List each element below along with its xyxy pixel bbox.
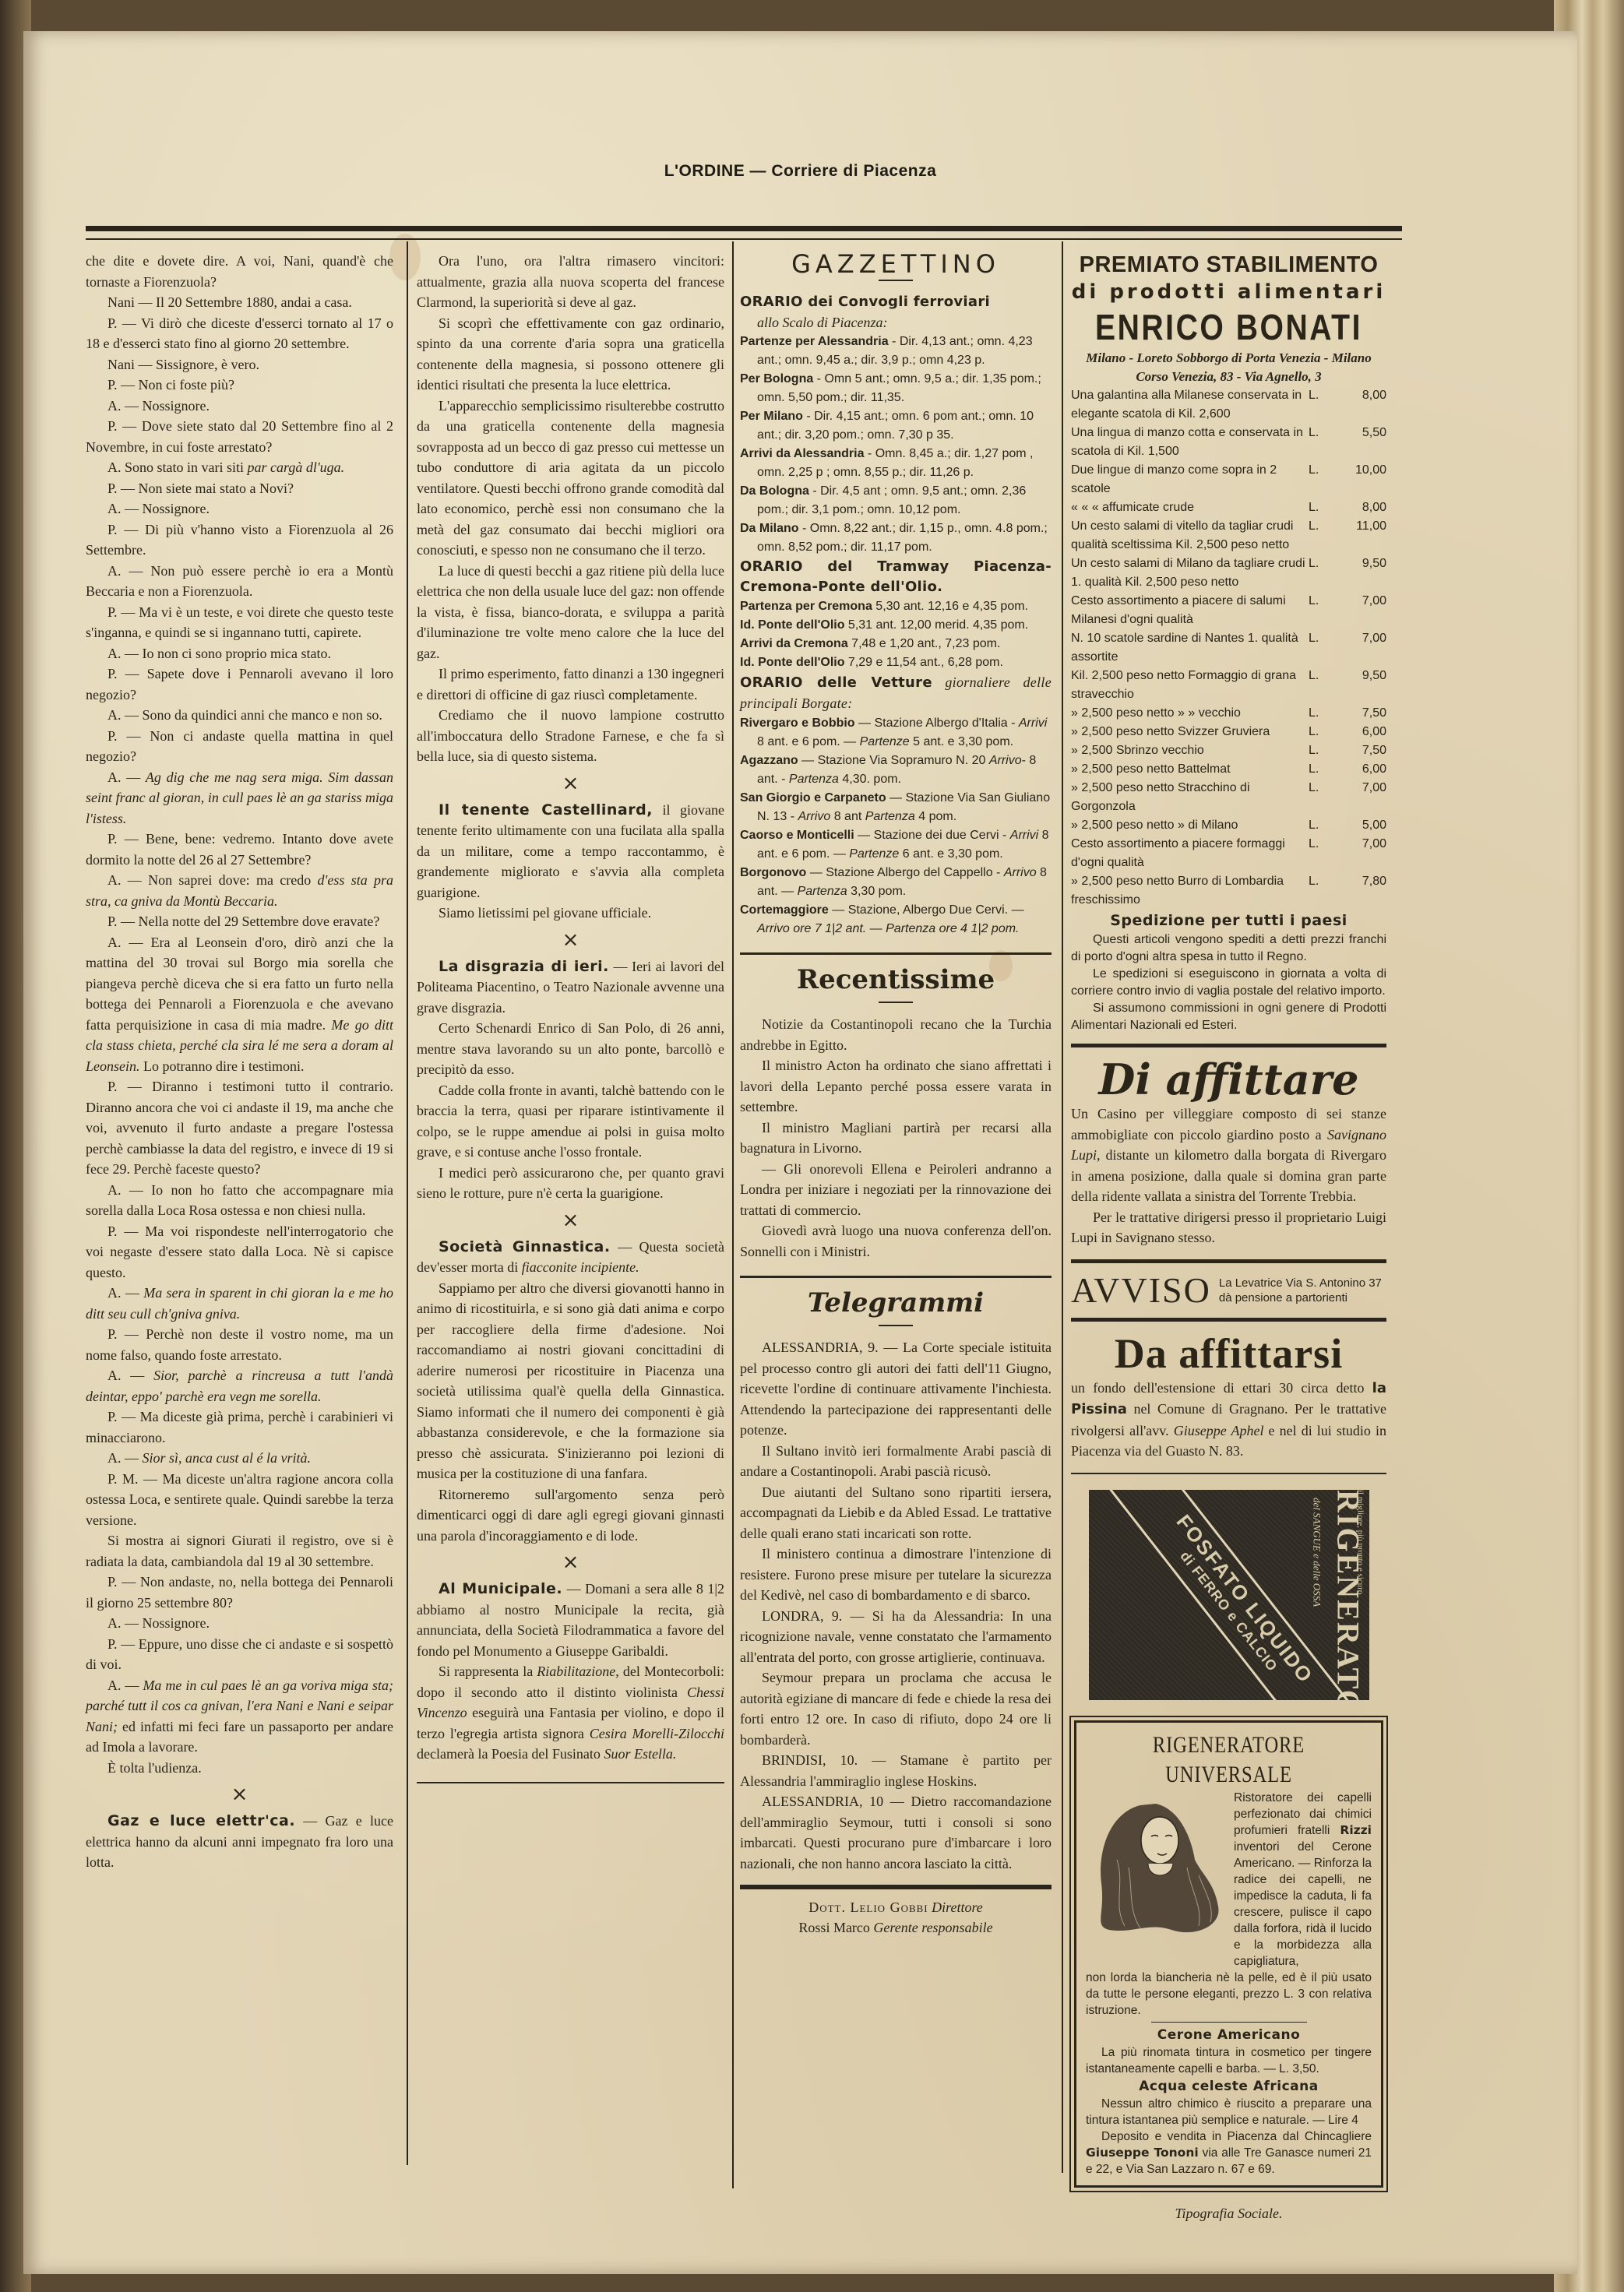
article-paragraph: Il primo esperimento, fatto dinanzi a 13… (417, 664, 724, 705)
dialogue-paragraph: A. — Ag dig che me nag sera miga. Sim da… (86, 767, 393, 829)
telegrammi-title: Telegrammi (740, 1286, 1052, 1320)
dialogue-paragraph: P. — Nella notte del 29 Settembre dove e… (86, 911, 393, 932)
railway-schedule-heading: ORARIO dei Convogli ferroviari (740, 292, 1052, 312)
telegram-paragraph: BRINDISI, 10. — Stamane è partito per Al… (740, 1750, 1052, 1791)
item-price: 6,00 (1340, 723, 1386, 741)
inner-rule (1151, 2022, 1307, 2023)
price-row: Cesto assortimento a piacere di salumi M… (1071, 592, 1386, 629)
railway-schedule-subheading: allo Scalo di Piacenza: (740, 312, 1052, 333)
item-price: 7,00 (1340, 779, 1386, 816)
price-row: Una lingua di manzo cotta e conservata i… (1071, 424, 1386, 461)
item-price: 9,50 (1340, 555, 1386, 592)
article-paragraph: Si rappresenta la Riabilitazione, del Mo… (417, 1661, 724, 1765)
item-price: 5,50 (1340, 424, 1386, 461)
item-description: N. 10 scatole sardine di Nantes 1. quali… (1071, 629, 1309, 667)
news-paragraph: Il ministro Acton ha ordinato che siano … (740, 1055, 1052, 1118)
item-description: » 2,500 peso netto Burro di Lombardia fr… (1071, 872, 1309, 910)
title-rule (879, 1325, 913, 1326)
currency: L. (1309, 816, 1340, 835)
article-paragraph: I medici però assicurarono che, per quan… (417, 1163, 724, 1204)
article-paragraph: Ritorneremo sull'argomento senza però di… (417, 1484, 724, 1547)
schedule-line: Partenza per Cremona 5,30 ant. 12,16 e 4… (740, 597, 1052, 616)
schedule-line: Caorso e Monticelli — Stazione dei due C… (740, 826, 1052, 864)
item-description: Kil. 2,500 peso netto Formaggio di grana… (1071, 667, 1309, 704)
item-description: Una galantina alla Milanese conservata i… (1071, 386, 1309, 424)
price-row: N. 10 scatole sardine di Nantes 1. quali… (1071, 629, 1386, 667)
currency: L. (1309, 461, 1340, 498)
currency: L. (1309, 704, 1340, 723)
masthead-rule (86, 226, 1402, 240)
schedule-line: Arrivi da Alessandria - Omn. 8,45 a.; di… (740, 445, 1052, 482)
currency: L. (1309, 517, 1340, 555)
article-paragraph: Sappiamo per altro che diversi giovanott… (417, 1278, 724, 1484)
currency: L. (1309, 835, 1340, 872)
price-row: » 2,500 peso netto Stracchino di Gorgonz… (1071, 779, 1386, 816)
news-paragraph: — Gli onorevoli Ellena e Peiroleri andra… (740, 1159, 1052, 1221)
article-paragraph: Si scoprì che effettivamente con gaz ord… (417, 313, 724, 396)
bonati-advertisement: PREMIATO STABILIMENTO di prodotti alimen… (1071, 251, 1386, 1034)
currency: L. (1309, 555, 1340, 592)
dialogue-paragraph: P. — Non ci foste più? (86, 375, 393, 396)
gaz-article-body: Ora l'uno, ora l'altra rimasero vincitor… (417, 251, 724, 767)
railway-schedule-list: Partenze per Alessandria - Dir. 4,13 ant… (740, 333, 1052, 557)
dialogue-paragraph: A. — Sono da quindici anni che manco e n… (86, 705, 393, 726)
schedule-line: Per Milano - Dir. 4,15 ant.; omn. 6 pom … (740, 407, 1052, 445)
schedule-line: Rivergaro e Bobbio — Stazione Albergo d'… (740, 714, 1052, 752)
recentissime-body: Notizie da Costantinopoli recano che la … (740, 1014, 1052, 1262)
article-paragraph: Certo Schenardi Enrico di San Polo, di 2… (417, 1018, 724, 1080)
dialogue-paragraph: È tolta l'udienza. (86, 1758, 393, 1779)
telegrammi-body: ALESSANDRIA, 9. — La Corte speciale isti… (740, 1337, 1052, 1874)
price-row: Kil. 2,500 peso netto Formaggio di grana… (1071, 667, 1386, 704)
shipping-text: Questi articoli vengono spediti a detti … (1071, 931, 1386, 1034)
director-role: Direttore (932, 1899, 983, 1915)
disgrazia-article: La disgrazia di ieri. — Ieri ai lavori d… (417, 956, 724, 1019)
item-description: » 2,500 peso netto Battelmat (1071, 760, 1309, 779)
dialogue-paragraph: P. — Perchè non deste il vostro nome, ma… (86, 1324, 393, 1365)
price-row: Due lingue di manzo come sopra in 2 scat… (1071, 461, 1386, 498)
price-row: Una galantina alla Milanese conservata i… (1071, 386, 1386, 424)
column-1-trial-report: che dite e dovete dire. A voi, Nani, qua… (86, 251, 393, 1873)
price-row: » 2,500 peso netto » di MilanoL.5,00 (1071, 816, 1386, 835)
item-price: 5,00 (1340, 816, 1386, 835)
column-3-gazzettino: GAZZETTINO ORARIO dei Convogli ferroviar… (740, 251, 1052, 1938)
schedule-line: Id. Ponte dell'Olio 5,31 ant. 12,00 meri… (740, 616, 1052, 635)
item-price: 11,00 (1340, 517, 1386, 555)
dialogue-paragraph: P. — Diranno i testimoni tutto il contra… (86, 1076, 393, 1180)
coach-schedule-heading: ORARIO delle Vetture giornaliere delle p… (740, 672, 1052, 714)
telegram-paragraph: Due aiutanti del Sultano sono ripartiti … (740, 1482, 1052, 1544)
telegram-paragraph: Seymour prepara un proclama che accusa l… (740, 1667, 1052, 1750)
dialogue-paragraph: Si mostra ai signori Giurati il registro… (86, 1530, 393, 1572)
item-price: 10,00 (1340, 461, 1386, 498)
dialogue-paragraph: P. — Bene, bene: vedremo. Intanto dove a… (86, 829, 393, 870)
dialogue-paragraph: P. — Non andaste, no, nella bottega dei … (86, 1572, 393, 1613)
section-rule (417, 1782, 724, 1783)
currency: L. (1309, 592, 1340, 629)
rigeneratore-advertisement: RIGENERATORE UNIVERSALE (1074, 1720, 1383, 2188)
dialogue-paragraph: P. — Eppure, uno disse che ci andaste e … (86, 1634, 393, 1675)
currency: L. (1309, 741, 1340, 760)
item-description: Una lingua di manzo cotta e conservata i… (1071, 424, 1309, 461)
title-rule (879, 280, 913, 281)
price-row: » 2,500 peso netto » » vecchioL.7,50 (1071, 704, 1386, 723)
schedule-line: Per Bologna - Omn 5 ant.; omn. 9,5 a.; d… (740, 370, 1052, 407)
currency: L. (1309, 386, 1340, 424)
telegram-paragraph: ALESSANDRIA, 9. — La Corte speciale isti… (740, 1337, 1052, 1441)
article-heading: Al Municipale. (439, 1580, 562, 1597)
item-price: 7,50 (1340, 741, 1386, 760)
section-rule (740, 952, 1052, 955)
dialogue-paragraph: A. — Non saprei dove: ma credo d'ess sta… (86, 870, 393, 911)
item-description: » 2,500 peso netto » » vecchio (1071, 704, 1309, 723)
dialogue-paragraph: P. — Vi dirò che diceste d'esserci torna… (86, 313, 393, 354)
dialogue-paragraph: P. — Sapete dove i Pennaroli avevano il … (86, 664, 393, 705)
gazzettino-title: GAZZETTINO (740, 254, 1052, 275)
currency: L. (1309, 498, 1340, 517)
paper-stain (389, 234, 421, 280)
manager-role: Gerente responsabile (873, 1920, 992, 1935)
article-paragraph: Siamo lietissimi pel giovane ufficiale. (417, 903, 724, 924)
schedule-line: Partenze per Alessandria - Dir. 4,13 ant… (740, 333, 1052, 370)
price-row: Cesto assortimento a piacere formaggi d'… (1071, 835, 1386, 872)
news-paragraph: Giovedì avrà luogo una nuova conferenza … (740, 1220, 1052, 1262)
affittarsi-advertisement: Da affittarsi un fondo dell'estensione d… (1071, 1329, 1386, 1462)
woman-portrait-illustration (1086, 1790, 1226, 1938)
separator-x: × (417, 1207, 724, 1234)
dialogue-paragraph: A. — Io non ho fatto che accompagnare mi… (86, 1180, 393, 1221)
dialogue-paragraph: A. — Era al Leonsein d'oro, dirò anzi ch… (86, 932, 393, 1077)
castellinard-article: Il tenente Castellinard, il giovane tene… (417, 800, 724, 903)
separator-x: × (417, 770, 724, 797)
currency: L. (1309, 629, 1340, 667)
article-paragraph: Cadde colla fronte in avanti, talchè bat… (417, 1080, 724, 1163)
currency: L. (1309, 424, 1340, 461)
municipale-article: Al Municipale. — Domani a sera alle 8 1|… (417, 1579, 724, 1661)
dialogue-paragraph: P. — Dove siete stato dal 20 Settembre f… (86, 416, 393, 457)
item-price: 8,00 (1340, 386, 1386, 424)
item-description: » 2,500 peso netto Svizzer Gruviera (1071, 723, 1309, 741)
article-heading: Società Ginnastica. (439, 1238, 611, 1255)
item-price: 6,00 (1340, 760, 1386, 779)
price-row: Un cesto salami di Milano da tagliare cr… (1071, 555, 1386, 592)
dialogue-paragraph: P. — Ma voi rispondeste nell'interrogato… (86, 1221, 393, 1283)
item-description: Un cesto salami di vitello da tagliar cr… (1071, 517, 1309, 555)
schedule-line: Da Bologna - Dir. 4,5 ant ; omn. 9,5 ant… (740, 482, 1052, 519)
schedule-line: San Giorgio e Carpaneto — Stazione Via S… (740, 789, 1052, 826)
telegram-paragraph: Il Sultano invitò ieri formalmente Arabi… (740, 1441, 1052, 1482)
item-price: 7,00 (1340, 835, 1386, 872)
dialogue-paragraph: A. — Ma sera in sparent in chi gioran la… (86, 1283, 393, 1324)
shipping-paragraph: Si assumono commissioni in ogni genere d… (1071, 1000, 1386, 1034)
price-list: Una galantina alla Milanese conservata i… (1071, 386, 1386, 910)
ad-rule (1071, 1473, 1386, 1474)
ad-rule (1071, 1259, 1386, 1263)
item-description: Cesto assortimento a piacere formaggi d'… (1071, 835, 1309, 872)
dialogue-paragraph: A. — Nossignore. (86, 396, 393, 417)
price-row: » 2,500 peso netto BattelmatL.6,00 (1071, 760, 1386, 779)
currency: L. (1309, 667, 1340, 704)
tramway-schedule-heading: ORARIO del Tramway Piacenza-Cremona-Pont… (740, 557, 1052, 597)
schedule-line: Arrivi da Cremona 7,48 e 1,20 ant., 7,23… (740, 635, 1052, 653)
dialogue-paragraph: Nani — Il 20 Settembre 1880, andai a cas… (86, 292, 393, 313)
dialogue-paragraph: Nani — Sissignore, è vero. (86, 354, 393, 375)
dialogue-paragraph: P. — Ma vi è un teste, e voi direte che … (86, 602, 393, 643)
dialogue-paragraph: P. M. — Ma diceste un'altra ragione anco… (86, 1469, 393, 1531)
schedule-line: Borgonovo — Stazione Albergo del Cappell… (740, 864, 1052, 901)
telegram-paragraph: Il ministero continua a dimostrare l'int… (740, 1544, 1052, 1606)
column-2-local-news: Ora l'uno, ora l'altra rimasero vincitor… (417, 251, 724, 1791)
separator-x: × (417, 927, 724, 953)
telegram-paragraph: LONDRA, 9. — Si ha da Alessandria: In un… (740, 1606, 1052, 1668)
affittare-advertisement: Di affittare Un Casino per villeggiare c… (1071, 1055, 1386, 1248)
article-paragraph: Ora l'uno, ora l'altra rimasero vincitor… (417, 251, 724, 313)
bonati-brand: ENRICO BONATI (1094, 305, 1362, 349)
coach-schedule-list: Rivergaro e Bobbio — Stazione Albergo d'… (740, 714, 1052, 938)
article-heading: Gaz e luce elettr'ca. (107, 1812, 295, 1829)
shipping-paragraph: Le spedizioni si eseguiscono in giornata… (1071, 966, 1386, 1000)
dialogue-paragraph: A. — Non può essere perchè io era a Mont… (86, 561, 393, 602)
price-row: » 2,500 peso netto Burro di Lombardia fr… (1071, 872, 1386, 910)
item-description: « « « affumicate crude (1071, 498, 1309, 517)
separator-x: × (417, 1549, 724, 1576)
news-paragraph: Notizie da Costantinopoli recano che la … (740, 1014, 1052, 1055)
item-price: 7,00 (1340, 629, 1386, 667)
dialogue-paragraph: P. — Ma diceste già prima, perchè i cara… (86, 1407, 393, 1448)
item-price: 9,50 (1340, 667, 1386, 704)
dialogue-paragraph: A. Sono stato in vari siti par cargà dl'… (86, 457, 393, 478)
schedule-line: Agazzano — Stazione Via Sopramuro N. 20 … (740, 752, 1052, 789)
item-description: » 2,500 peso netto » di Milano (1071, 816, 1309, 835)
avviso-notice: AVVISO La Levatrice Via S. Antonino 37dà… (1071, 1271, 1386, 1310)
dialogue-paragraph: A. — Nossignore. (86, 498, 393, 519)
newspaper-page: L'ORDINE — Corriere di Piacenza che dite… (23, 31, 1577, 2274)
schedule-line: Cortemaggiore — Stazione, Albergo Due Ce… (740, 901, 1052, 938)
printer-credit: Tipografia Sociale. (1071, 2203, 1386, 2224)
price-row: « « « affumicate crudeL.8,00 (1071, 498, 1386, 517)
price-row: » 2,500 Sbrinzo vecchioL.7,50 (1071, 741, 1386, 760)
column-4-advertisements: PREMIATO STABILIMENTO di prodotti alimen… (1071, 251, 1386, 2223)
currency: L. (1309, 723, 1340, 741)
recentissime-title: Recentissime (740, 963, 1052, 997)
item-price: 7,50 (1340, 704, 1386, 723)
dialogue-paragraph: A. — Ma me in cul paes lè an ga voriva m… (86, 1675, 393, 1758)
currency: L. (1309, 779, 1340, 816)
price-row: Un cesto salami di vitello da tagliar cr… (1071, 517, 1386, 555)
column-divider (407, 241, 408, 2165)
dialogue-paragraph: P. — Di più v'hanno visto a Fiorenzuola … (86, 519, 393, 561)
dialogue-paragraph: P. — Non ci andaste quella mattina in qu… (86, 726, 393, 767)
dialogue-paragraph: che dite e dovete dire. A voi, Nani, qua… (86, 251, 393, 292)
column-divider (1062, 241, 1063, 2173)
currency: L. (1309, 872, 1340, 910)
shipping-heading: Spedizione per tutti i paesi (1071, 910, 1386, 931)
article-paragraph: La luce di questi becchi a gaz ritiene p… (417, 561, 724, 664)
shipping-paragraph: Questi articoli vengono spediti a detti … (1071, 931, 1386, 966)
item-description: » 2,500 peso netto Stracchino di Gorgonz… (1071, 779, 1309, 816)
article-heading: Il tenente Castellinard, (439, 801, 653, 819)
section-rule (740, 1885, 1052, 1889)
dialogue-paragraph: A. — Sior sì, anca cust al é la vrità. (86, 1448, 393, 1469)
ad-rule (1071, 1318, 1386, 1322)
item-description: Un cesto salami di Milano da tagliare cr… (1071, 555, 1309, 592)
schedule-line: Id. Ponte dell'Olio 7,29 e 11,54 ant., 6… (740, 653, 1052, 672)
article-heading: La disgrazia di ieri. (439, 958, 609, 975)
ad-rule (1071, 1044, 1386, 1047)
gaz-article-intro: Gaz e luce elettr'ca. — Gaz e luce elett… (86, 1811, 393, 1873)
manager-name: Rossi Marco (798, 1920, 870, 1935)
separator-x: × (86, 1781, 393, 1808)
dialogue-paragraph: A. — Io non ci sono proprio mica stato. (86, 643, 393, 664)
masthead: L'ORDINE — Corriere di Piacenza (23, 162, 1577, 181)
section-rule (740, 1276, 1052, 1278)
tramway-schedule-list: Partenza per Cremona 5,30 ant. 12,16 e 4… (740, 597, 1052, 672)
column-divider (732, 241, 734, 2188)
schedule-line: Da Milano - Omn. 8,22 ant.; dir. 1,15 p.… (740, 519, 1052, 557)
dialogue-paragraph: A. — Sior, parchè a rincreusa a tutt l'a… (86, 1365, 393, 1407)
article-paragraph: L'apparecchio semplicissimo risulterebbe… (417, 396, 724, 561)
title-rule (879, 1002, 913, 1003)
dialogue-paragraph: A. — Nossignore. (86, 1613, 393, 1634)
telegram-paragraph: ALESSANDRIA, 10 — Dietro raccomandazione… (740, 1791, 1052, 1874)
news-paragraph: Il ministro Magliani partirà per recarsi… (740, 1118, 1052, 1159)
ginnastica-article: Società Ginnastica. — Questa società dev… (417, 1237, 724, 1278)
item-description: » 2,500 Sbrinzo vecchio (1071, 741, 1309, 760)
editor-signature: Dott. Lelio Gobbi Direttore Rossi Marco … (740, 1897, 1052, 1938)
item-price: 7,80 (1340, 872, 1386, 910)
article-paragraph: Crediamo che il nuovo lampione costrutto… (417, 705, 724, 767)
dialogue-paragraph: P. — Non siete mai stato a Novi? (86, 478, 393, 499)
item-description: Due lingue di manzo come sopra in 2 scat… (1071, 461, 1309, 498)
director-name: Dott. Lelio Gobbi (808, 1899, 928, 1915)
item-description: Cesto assortimento a piacere di salumi M… (1071, 592, 1309, 629)
item-price: 7,00 (1340, 592, 1386, 629)
currency: L. (1309, 760, 1340, 779)
fosfato-advertisement: il migliore, più pronto e sicuro RIGENER… (1089, 1490, 1369, 1700)
price-row: » 2,500 peso netto Svizzer GruvieraL.6,0… (1071, 723, 1386, 741)
item-price: 8,00 (1340, 498, 1386, 517)
